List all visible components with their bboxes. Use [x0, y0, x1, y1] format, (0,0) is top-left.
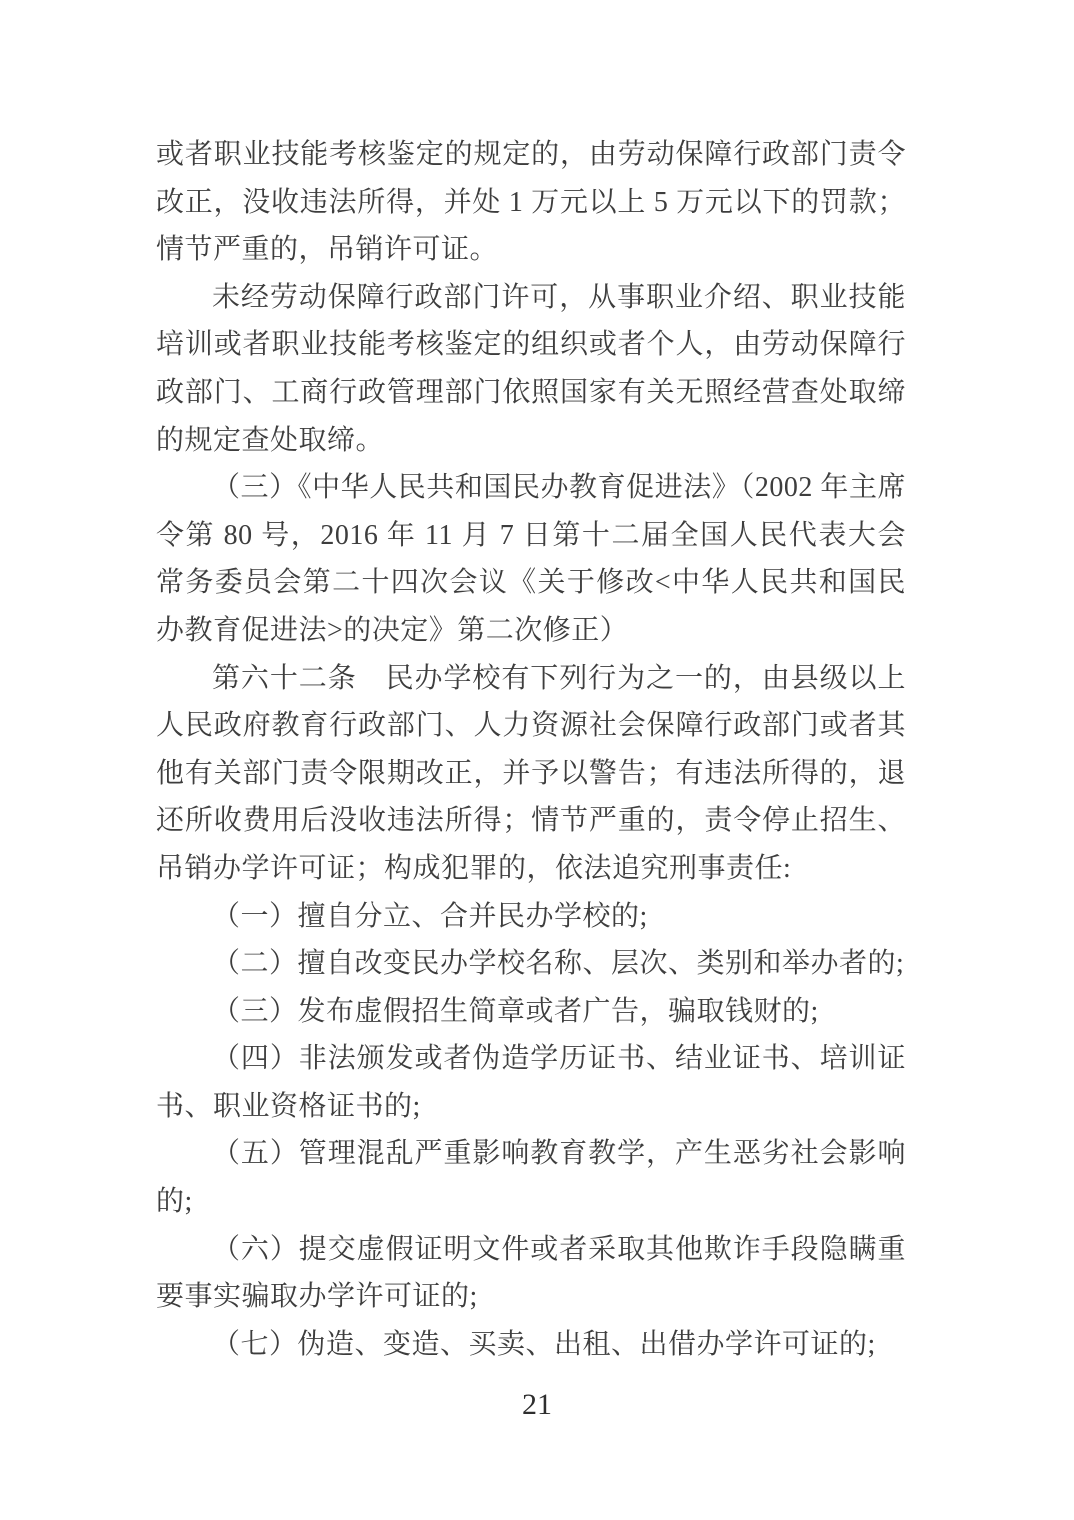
list-item-1: （一）擅自分立、合并民办学校的;	[156, 893, 906, 941]
document-page: 或者职业技能考核鉴定的规定的，由劳动保障行政部门责令改正，没收违法所得，并处 1…	[0, 0, 1074, 1520]
document-body: 或者职业技能考核鉴定的规定的，由劳动保障行政部门责令改正，没收违法所得，并处 1…	[156, 131, 906, 1368]
list-item-7: （七）伪造、变造、买卖、出租、出借办学许可证的;	[156, 1321, 906, 1369]
list-item-2: （二）擅自改变民办学校名称、层次、类别和举办者的;	[156, 940, 906, 988]
list-item-6: （六）提交虚假证明文件或者采取其他欺诈手段隐瞒重要事实骗取办学许可证的;	[156, 1226, 906, 1321]
paragraph-article-62: 第六十二条 民办学校有下列行为之一的，由县级以上人民政府教育行政部门、人力资源社…	[156, 655, 906, 893]
paragraph-continuation: 或者职业技能考核鉴定的规定的，由劳动保障行政部门责令改正，没收违法所得，并处 1…	[156, 131, 906, 274]
page-number: 21	[522, 1388, 552, 1421]
list-item-3: （三）发布虚假招生简章或者广告，骗取钱财的;	[156, 988, 906, 1036]
paragraph-law-citation: （三）《中华人民共和国民办教育促进法》（2002 年主席令第 80 号，2016…	[156, 464, 906, 654]
list-item-5: （五）管理混乱严重影响教育教学，产生恶劣社会影响的;	[156, 1130, 906, 1225]
page-footer: 21	[0, 1388, 1074, 1422]
paragraph-unlicensed-orgs: 未经劳动保障行政部门许可，从事职业介绍、职业技能培训或者职业技能考核鉴定的组织或…	[156, 274, 906, 464]
list-item-4: （四）非法颁发或者伪造学历证书、结业证书、培训证书、职业资格证书的;	[156, 1035, 906, 1130]
